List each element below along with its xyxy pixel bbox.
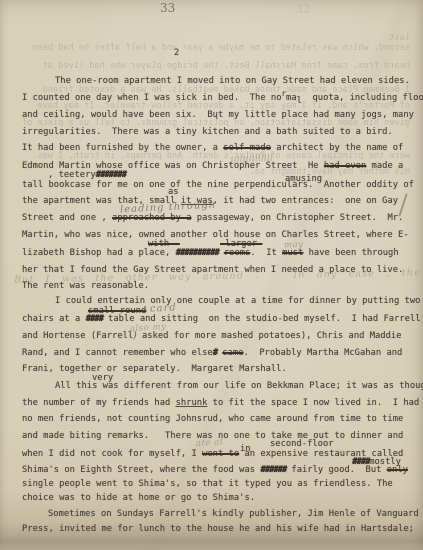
typed-line: Martin, who was nice, owned another old … [22,230,409,240]
typed-text: irregularities. There was a tiny kitchen… [22,127,393,137]
typed-text: second, which was related to me maybe a … [32,43,410,53]
typed-line: when I did not cook for myself, I went t… [22,449,403,459]
typed-line: All this was different from our life on … [55,381,423,391]
typed-line: Frani, together or separately. Margaret … [22,364,287,374]
struck-text: came [222,348,243,358]
typed-text: Sometimes on Sundays Farrell's kindly pu… [48,509,419,519]
typed-text: and Hortense (Farrell [22,331,133,341]
typed-line: Shima's on Eighth Street, where the food… [22,465,408,475]
typed-text: Shima's on Eighth Street, where the food… [22,465,260,475]
typed-line: The rent was reasonable. [22,281,149,291]
typed-text: passageway, on Christopher Street. Mr. [192,213,404,223]
hash-text: ########## [176,248,219,258]
typed-line: Rand, and I cannot remember who else# ca… [22,348,402,358]
bleedthrough-line: His mother may have thought so. [110,167,410,177]
bleedthrough-line: second, which was related to me maybe a … [18,43,410,53]
pencil-annotation: ate at [196,437,224,449]
typed-text: , teetery [48,170,96,180]
typed-text: . It [250,248,282,258]
typed-text: Press, invited me for lunch to the house… [22,524,414,534]
typed-text: fairly good. But [286,465,387,475]
typed-text: last [389,33,410,43]
typed-line: Press, invited me for lunch to the house… [22,524,414,534]
typed-line: and Hortense (Farrell) asked for more ma… [22,331,401,341]
hash-text: ####### [96,170,126,180]
typed-line: Sometimes on Sundays Farrell's kindly pu… [48,509,419,519]
page-number-handwritten: 33 [160,1,175,15]
struck-text: only [387,465,408,475]
hash-text: ###### [260,465,286,475]
typed-text: , it had two entrances: one on Gay [213,196,398,206]
struck-text: rooms [224,248,250,258]
typed-insert-line: second-floor [270,439,334,449]
typed-line: irregularities. There was a tiny kitchen… [22,127,393,137]
typed-text: second-floor [270,439,334,449]
typed-line: lizabeth Bishop had a place, ########## … [22,248,399,258]
typed-text: 2 [174,48,179,58]
typed-text: have been through [303,248,398,258]
typed-text: Rand, and I cannot remember who else [22,348,213,358]
page-number-faint: 32 [295,2,310,16]
typed-line: single people went to Shima's, so that i… [22,479,393,489]
typed-text: no men friends, not counting Johnsrud, w… [22,414,403,424]
typed-insert-line: , teetery####### [48,170,126,180]
struck-text: approached by a [112,213,191,223]
bleedthrough-line: heard from, came from Marshall Best, the… [18,61,410,71]
typed-text: I could entertain only one couple at a t… [55,296,420,306]
typed-text: Frani, together or separately. Margaret … [22,364,287,374]
typed-line: the number of my friends had shrunk to f… [22,398,419,408]
typed-text: single people went to Shima's, so that i… [22,479,393,489]
typed-text: were the principal cause of Porter's dea… [32,151,410,161]
pencil-annotation: card [150,302,177,314]
typed-text: All this was different from our life on … [55,381,423,391]
typed-line: I could entertain only one couple at a t… [55,296,420,306]
page-number-typed: 2 [174,48,179,58]
typed-line: Street and one , approached by a passage… [22,213,403,223]
hash-text: #### [86,314,103,324]
typed-text: Martin, who was nice, owned another old … [22,230,409,240]
typed-text: choice was to hide at home or go to Shim… [22,493,255,503]
typed-text: 32 [295,2,310,16]
typed-text: card [150,302,177,314]
manuscript-page: 3332lastsecond, which was related to me … [0,0,423,550]
raised-text: r [282,89,287,98]
typed-text: to fit the space I now lived in. I had [207,398,419,408]
bleedthrough-line: last [20,33,410,43]
typed-text: . Probably Martha McGahan and [243,348,402,358]
typed-text: lizabeth Bishop had a place, [22,248,176,258]
typed-text: The rent was reasonable. [22,281,149,291]
typed-text: chairs at a [22,314,86,324]
struck-text: must [282,248,303,258]
typed-text: His mother may have thought so. [250,167,410,177]
typed-text: when I did not cook for myself, I [22,449,202,459]
typed-text: ate at [196,437,224,449]
typed-line: no men friends, not counting Johnsrud, w… [22,414,403,424]
typed-line: choice was to hide at home or go to Shim… [22,493,255,503]
bleedthrough-line: were the principal cause of Porter's dea… [18,151,410,161]
typed-line: tall bookcase for me on one of the nine … [22,180,414,190]
typed-text: the number of my friends had [22,398,176,408]
und-text: shrunk [176,398,208,408]
typed-text: asked for more mashed potatoes), Chris a… [137,331,402,341]
typed-text: heard from, came from Marshall Best, the… [43,61,410,71]
typed-text: Street and one , [22,213,112,223]
typed-text: 33 [160,1,175,15]
struck-text: went to [202,449,239,459]
typed-line: chairs at a #### table and sitting on th… [22,314,421,324]
typed-text: tall bookcase for me on one of the nine … [22,180,414,190]
